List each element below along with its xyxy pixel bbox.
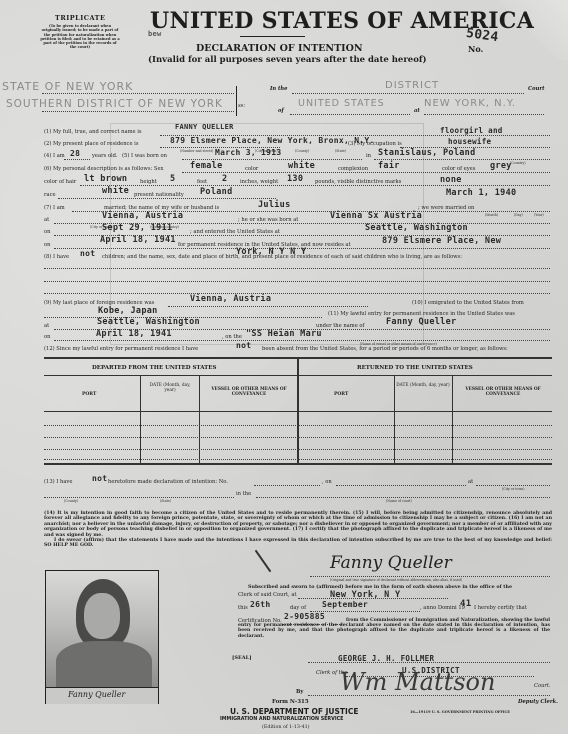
complexion-value: fair bbox=[378, 161, 400, 171]
edition: (Edition of 1-13-41) bbox=[262, 725, 310, 730]
entry-place-value: Seattle, Washington bbox=[97, 317, 200, 327]
printer-line: 16—19119 U. S. GOVERNMENT PRINTING OFFIC… bbox=[410, 710, 510, 714]
district-stamp: SOUTHERN DISTRICT OF NEW YORK bbox=[6, 98, 223, 110]
number-label: No. bbox=[468, 44, 483, 54]
spouse-entry-place-value: Seattle, Washington bbox=[365, 223, 468, 233]
department-name: U. S. DEPARTMENT OF JUSTICE bbox=[230, 707, 358, 716]
occupation-value-1: floorgirl and bbox=[440, 126, 503, 135]
service-name: IMMIGRATION AND NATURALIZATION SERVICE bbox=[220, 717, 343, 722]
validity-note: (Invalid for all purposes seven years af… bbox=[148, 55, 427, 65]
court-at-stamp: NEW YORK, N.Y. bbox=[424, 98, 516, 109]
hair-color-value: lt brown bbox=[84, 174, 127, 184]
entry-name-value: Fanny Queller bbox=[386, 317, 456, 327]
color-value: white bbox=[288, 161, 315, 171]
spouse-entry-date-value: April 18, 1941 bbox=[100, 235, 176, 245]
returned-header: RETURNED TO THE UNITED STATES bbox=[357, 365, 473, 371]
photo-face bbox=[84, 593, 120, 639]
swear-paragraph: I do swear (affirm) that the statements … bbox=[44, 538, 552, 549]
eye-color-value: grey bbox=[490, 161, 512, 171]
height-inches-value: 2 bbox=[222, 174, 227, 184]
age-value: 28 bbox=[70, 149, 80, 158]
copy-note: (To be given to declarant when originall… bbox=[40, 24, 120, 50]
nationality-value: Poland bbox=[200, 187, 233, 197]
pen-mark bbox=[255, 550, 272, 572]
deputy-signature: Wm Mattson bbox=[340, 668, 495, 696]
marriage-place-value: Vienna, Austria bbox=[102, 211, 183, 221]
day-value: 26th bbox=[250, 600, 270, 609]
photo-signature: Fanny Queller bbox=[68, 690, 125, 699]
birth-place-value: Stanislaus, Poland bbox=[378, 148, 476, 158]
spouse-birthplace-value: Vienna Sx Austria bbox=[330, 211, 422, 221]
court-type-stamp: DISTRICT bbox=[385, 80, 439, 91]
children-value: not bbox=[80, 249, 95, 258]
spouse-name-value: Julius bbox=[258, 200, 291, 210]
oath-paragraph: (14) It is my intention in good faith to… bbox=[44, 511, 552, 538]
departed-header: DEPARTED FROM THE UNITED STATES bbox=[92, 365, 216, 371]
residence-value: 879 Elsmere Place, New York, Bronx, N.Y. bbox=[170, 136, 375, 145]
weight-value: 130 bbox=[287, 174, 303, 184]
declarant-photo bbox=[45, 570, 159, 688]
travel-table: DEPARTED FROM THE UNITED STATES RETURNED… bbox=[44, 357, 552, 465]
race-value: white bbox=[102, 186, 129, 196]
form-subtitle: DECLARATION OF INTENTION bbox=[196, 43, 363, 54]
foreign-residence-value: Vienna, Austria bbox=[190, 294, 271, 304]
sex-value: female bbox=[190, 161, 223, 171]
birth-date-value: March 3, 1913 bbox=[215, 148, 282, 157]
clerk-at-value: New York, N Y bbox=[330, 590, 400, 600]
distinctive-marks-value: none bbox=[440, 175, 462, 185]
state-stamp: STATE OF NEW YORK bbox=[2, 80, 133, 93]
spouse-birth-date-value: Sept 29, 1911 bbox=[102, 223, 172, 233]
marriage-date-value: March 1, 1940 bbox=[446, 188, 516, 198]
entry-date-value: April 18, 1941 bbox=[96, 329, 172, 339]
full-name-value: FANNY QUELLER bbox=[175, 123, 234, 131]
clerk-name: GEORGE J. H. FOLLMER bbox=[338, 654, 434, 663]
month-value: September bbox=[322, 600, 368, 609]
seal-label: [SEAL] bbox=[232, 655, 252, 661]
photo-shoulders bbox=[56, 641, 152, 688]
height-feet-value: 5 bbox=[170, 174, 175, 184]
vessel-value: "SS Heian Maru bbox=[246, 329, 322, 339]
year-value: 41 bbox=[460, 599, 471, 609]
spouse-residence-value-1: 879 Elsmere Place, New bbox=[382, 236, 501, 246]
court-of-stamp: UNITED STATES bbox=[298, 98, 385, 109]
declarant-signature: Fanny Queller bbox=[330, 553, 452, 573]
margin-mark: bew bbox=[148, 30, 162, 38]
emigrated-from-value: Kobe, Japan bbox=[98, 306, 158, 316]
certification-text: from the Commissioner of Immigration and… bbox=[238, 618, 550, 639]
form-number: Form N-315 bbox=[272, 699, 309, 705]
title-rule bbox=[240, 36, 305, 37]
absent-value: not bbox=[236, 341, 251, 350]
copy-type: TRIPLICATE bbox=[55, 14, 105, 22]
declaration-document: TRIPLICATE (To be given to declarant whe… bbox=[0, 0, 568, 734]
declaration-number: 5024 bbox=[465, 26, 499, 45]
prior-declaration-value: not bbox=[92, 474, 107, 483]
occupation-value-2: housewife bbox=[448, 137, 491, 146]
